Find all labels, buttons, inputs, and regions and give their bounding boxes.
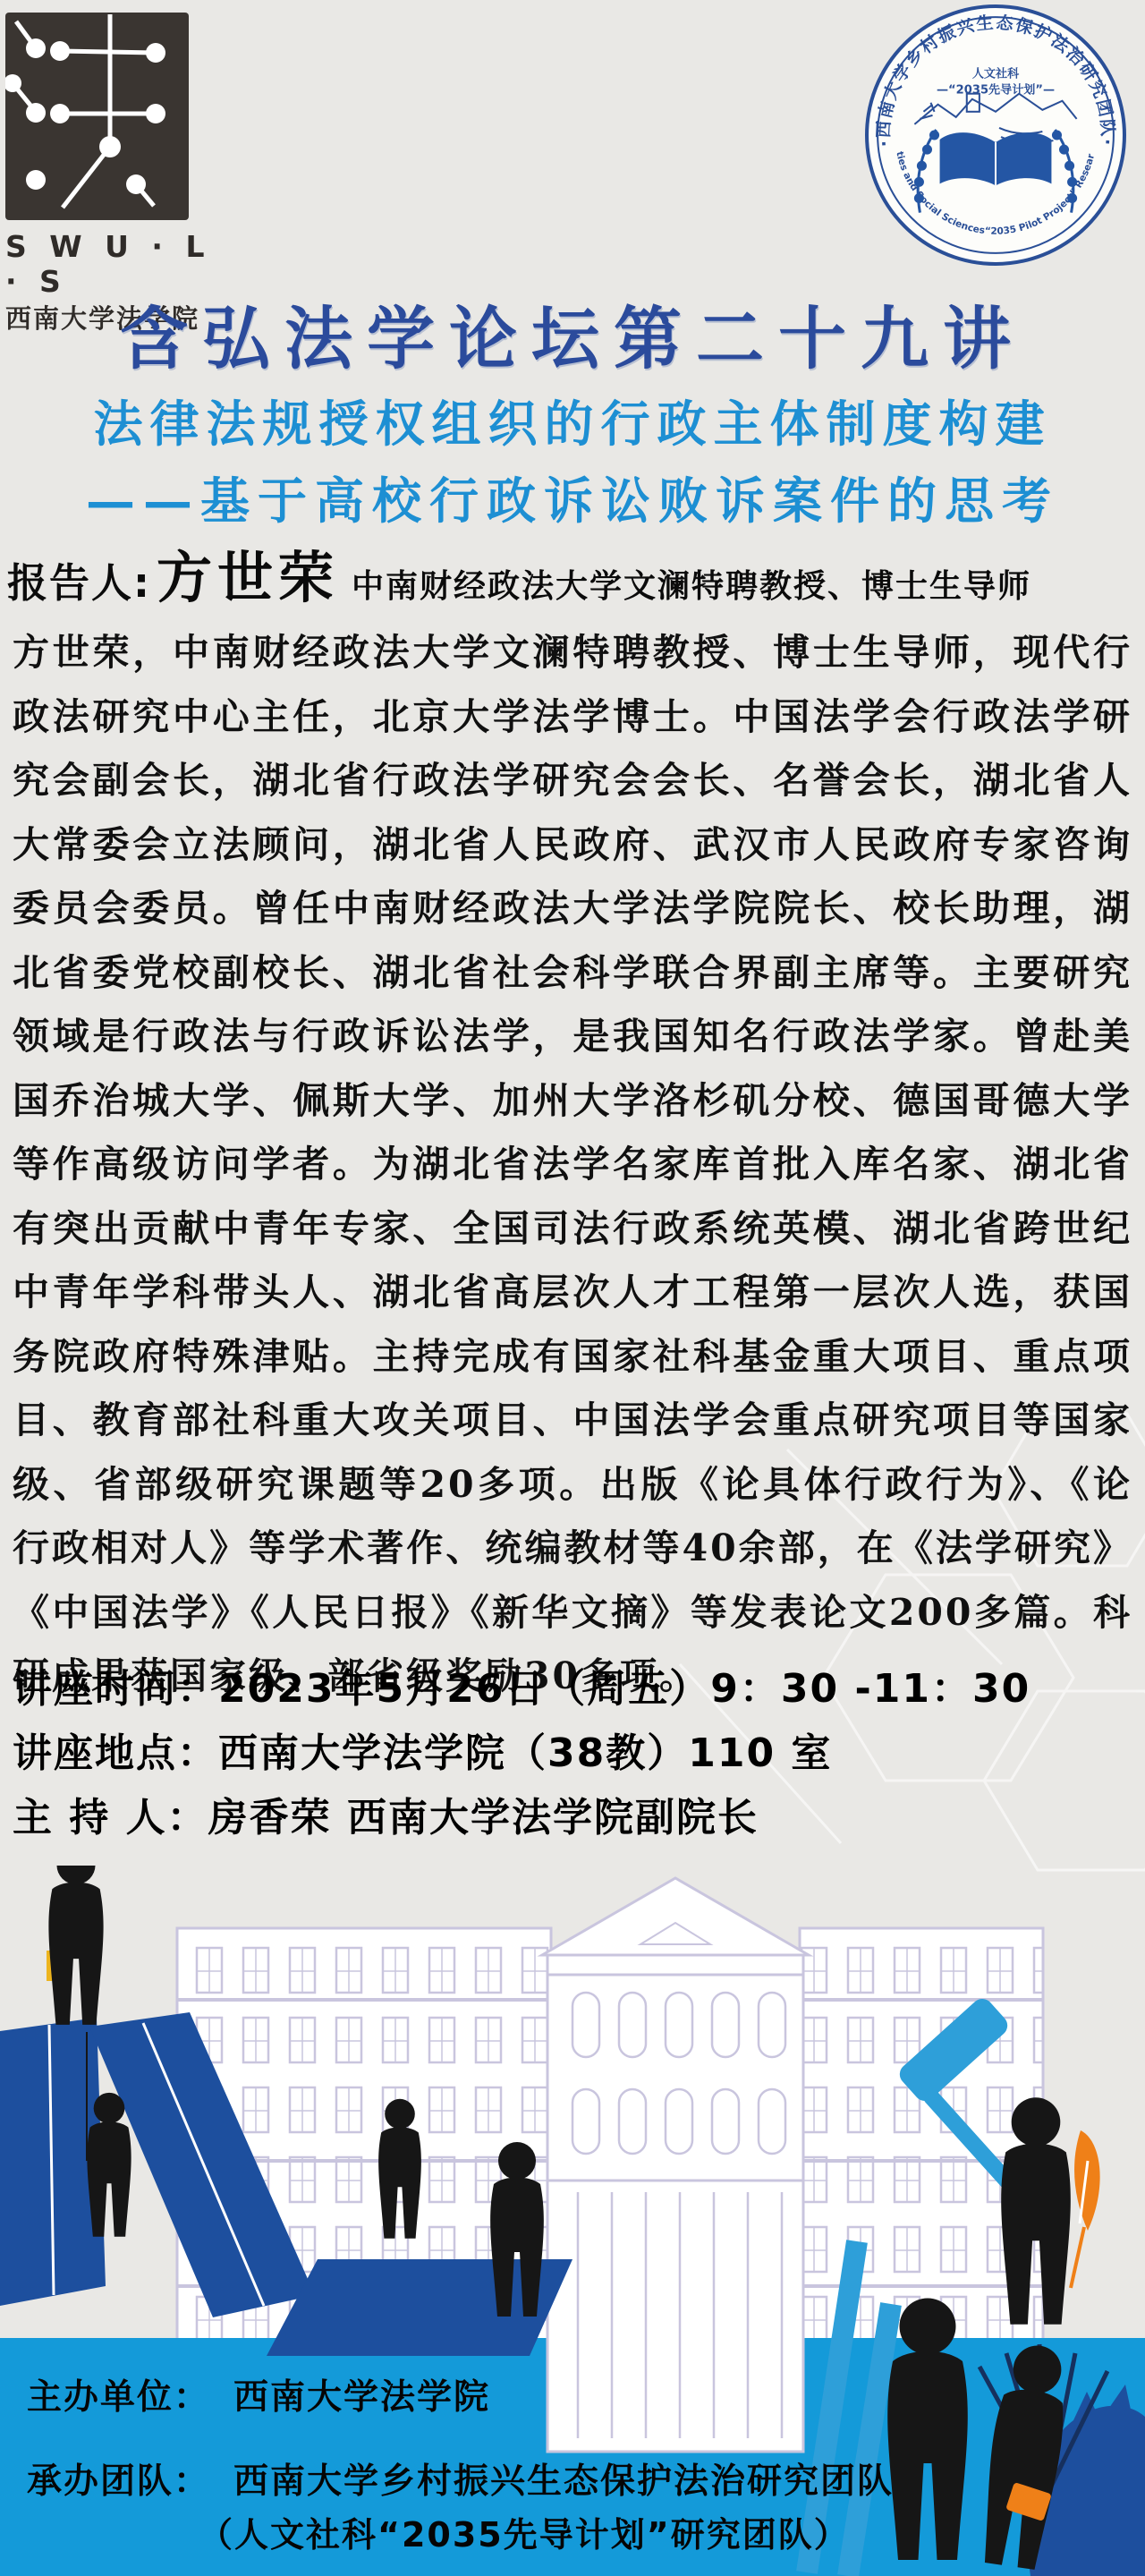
lecture-subtitle-line1: 法律法规授权组织的行政主体制度构建: [0, 385, 1145, 455]
speaker-label: 报告人:: [7, 550, 151, 608]
lecture-subtitle-line2: ——基于高校行政诉讼败诉案件的思考: [0, 462, 1145, 532]
lecture-host-label: 主 持 人：: [13, 1795, 208, 1841]
swuls-logo-icon: [5, 13, 189, 220]
lecture-time-line: 讲座时间：2023年5月26日（周五）9：30 -11：30: [13, 1657, 1132, 1722]
speaker-bio: 方世荣，中南财经政法大学文澜特聘教授、博士生导师，现代行政法研究中心主任，北京大…: [0, 621, 1145, 1709]
lecture-location-value: 西南大学法学院（38教）110 室: [218, 1730, 832, 1776]
silhouette-man-1: [48, 1866, 103, 2025]
host-label: 主办单位：: [27, 2377, 210, 2418]
law-building-tower: [542, 1878, 809, 2452]
research-team-badge-icon: ·西南大学乡村振兴生态保护法治研究团队· Humanities and Soci…: [864, 4, 1127, 267]
speaker-name: 方世荣: [157, 533, 339, 613]
lecture-location-line: 讲座地点：西南大学法学院（38教）110 室: [13, 1722, 1132, 1786]
host-value: 西南大学法学院: [233, 2377, 490, 2418]
speaker-row: 报告人: 方世荣 中南财经政法大学文澜特聘教授、博士生导师: [7, 533, 1138, 613]
lecture-host-line: 主 持 人：房香荣 西南大学法学院副院长: [13, 1786, 1132, 1850]
lecture-location-label: 讲座地点：: [13, 1730, 218, 1776]
organizer-label: 承办团队：: [27, 2461, 210, 2502]
organizer-line: 承办团队：西南大学乡村振兴生态保护法治研究团队: [27, 2453, 894, 2504]
host-line: 主办单位：西南大学法学院: [27, 2369, 490, 2419]
lecture-time-label: 讲座时间：: [13, 1666, 218, 1712]
page-title: 含弘法学论坛第二十九讲: [0, 285, 1145, 382]
lecture-poster: S W U · L · S 西南大学法学院 ·西南大学乡村振兴生态保护法治研究团…: [0, 0, 1145, 2576]
organizer-value: 西南大学乡村振兴生态保护法治研究团队: [233, 2461, 894, 2502]
feather-icon: [1071, 2130, 1100, 2288]
lecture-host-value: 房香荣 西南大学法学院副院长: [208, 1795, 759, 1841]
lecture-details: 讲座时间：2023年5月26日（周五）9：30 -11：30 讲座地点：西南大学…: [13, 1657, 1132, 1850]
badge-inner-line1: 人文社科: [972, 66, 1020, 81]
badge-inner-line2: —“2035先导计划”—: [937, 82, 1055, 98]
organizer-subline: （人文社科“2035先导计划”研究团队）: [199, 2507, 850, 2556]
lecture-time-value: 2023年5月26日（周五）9：30 -11：30: [218, 1666, 1030, 1712]
speaker-affiliation: 中南财经政法大学文澜特聘教授、博士生导师: [352, 561, 1031, 607]
